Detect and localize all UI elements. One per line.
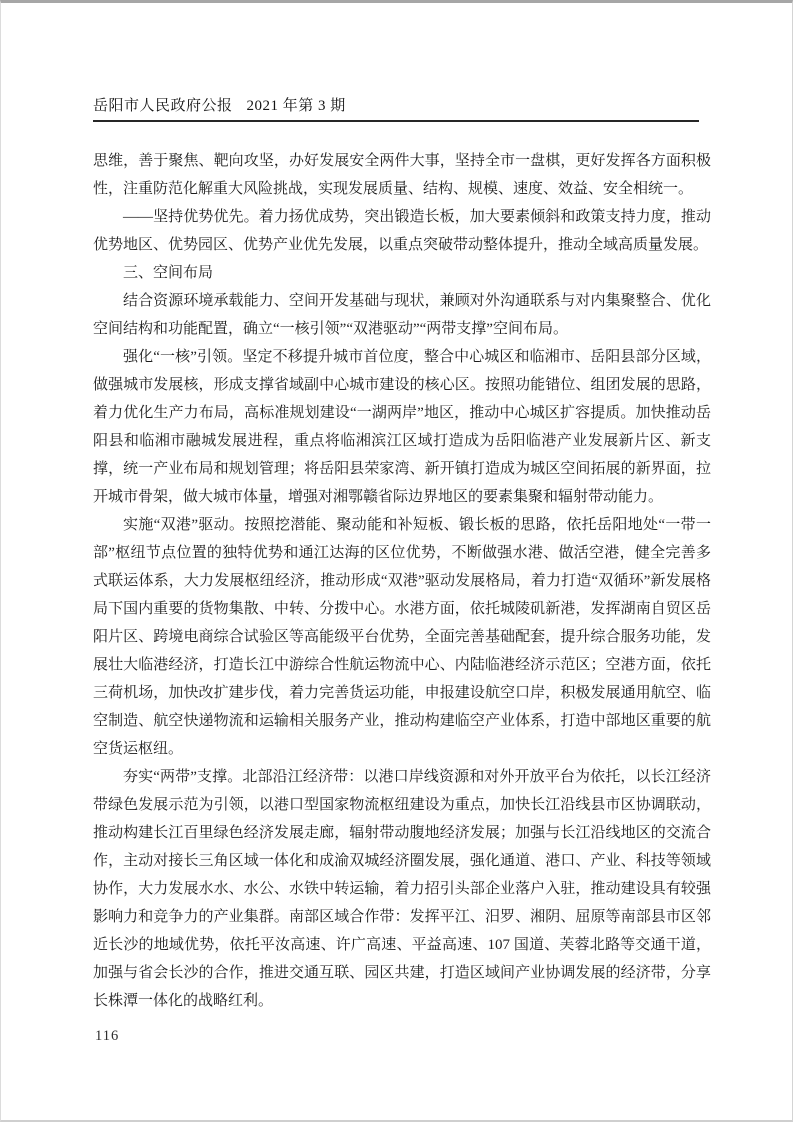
gazette-issue: 2021 年第 3 期 — [247, 98, 346, 114]
body-paragraph: ——坚持优势优先。着力扬优成势，突出锻造长板，加大要素倾斜和政策支持力度，推动优… — [93, 203, 711, 259]
page-header: 岳阳市人民政府公报2021 年第 3 期 — [93, 97, 709, 115]
section-heading: 三、空间布局 — [93, 259, 711, 287]
body-paragraph: 思维，善于聚焦、靶向攻坚，办好发展安全两件大事，坚持全市一盘棋，更好发挥各方面积… — [93, 147, 711, 203]
body-paragraph: 夯实“两带”支撑。北部沿江经济带：以港口岸线资源和对外开放平台为依托，以长江经济… — [93, 763, 711, 1015]
page-number: 116 — [95, 1027, 119, 1045]
body-paragraph: 实施“双港”驱动。按照挖潜能、聚动能和补短板、锻长板的思路，依托岳阳地处“一带一… — [93, 511, 711, 763]
gazette-page: 岳阳市人民政府公报2021 年第 3 期 思维，善于聚焦、靶向攻坚，办好发展安全… — [0, 0, 793, 1122]
gazette-title: 岳阳市人民政府公报 — [93, 98, 233, 114]
document-body: 思维，善于聚焦、靶向攻坚，办好发展安全两件大事，坚持全市一盘棋，更好发挥各方面积… — [93, 147, 711, 1015]
body-paragraph: 强化“一核”引领。坚定不移提升城市首位度，整合中心城区和临湘市、岳阳县部分区域，… — [93, 343, 711, 511]
header-rule — [93, 120, 699, 122]
body-paragraph: 结合资源环境承载能力、空间开发基础与现状，兼顾对外沟通联系与对内集聚整合、优化空… — [93, 287, 711, 343]
